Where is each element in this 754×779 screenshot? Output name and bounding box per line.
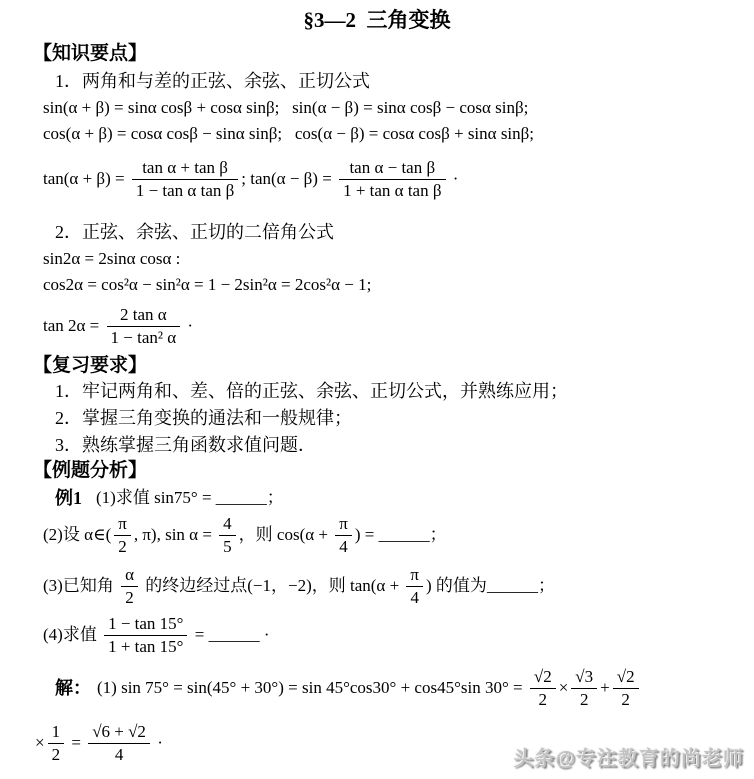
fraction-numerator: 1 − tan 15° [104, 613, 187, 634]
solution-label: 解： [55, 675, 91, 701]
equals-sign: = [67, 730, 85, 756]
question1-end: ； [267, 485, 284, 511]
tan2-formula-lhs: tan 2α = [43, 313, 104, 339]
review-item-2: 2．掌握三角变换的通法和一般规律； [55, 405, 754, 432]
review-item-3: 3．熟练掌握三角函数求值问题． [55, 432, 754, 459]
fraction-numerator: π [406, 564, 423, 585]
question4-end: · [260, 622, 270, 648]
example1-question4: (4)求值 1 − tan 15° 1 + tan 15° = ______ · [43, 611, 754, 659]
fraction: √3 2 [571, 666, 597, 709]
solution1-text: (1) sin 75° = sin(45° + 30°) = sin 45°co… [97, 675, 527, 701]
question2-mid3: ) = [355, 522, 379, 548]
fraction-numerator: √2 [613, 666, 639, 687]
tan2-formula-end: · [183, 313, 193, 339]
answer-blank: ______ [209, 622, 260, 648]
fraction-denominator: 2 [48, 743, 65, 765]
fraction: 2 tan α 1 − tan² α [107, 304, 181, 347]
fraction-denominator: 5 [219, 535, 236, 557]
fraction-denominator: 2 [571, 688, 597, 710]
fraction: √2 2 [530, 666, 556, 709]
example1-question2: (2)设 α∈( π 2 , π), sin α = 4 5 ，则 cos(α … [43, 511, 754, 559]
sin-sum-diff-formula: sin(α + β) = sinα cosβ + cosα sinβ; sin(… [43, 95, 754, 121]
fraction-numerator: tan α + tan β [132, 157, 238, 178]
fraction: tan α − tan β 1 + tan α tan β [339, 157, 445, 200]
fraction-denominator: 4 [406, 586, 423, 608]
fraction-denominator: 1 + tan α tan β [339, 179, 445, 201]
sin-double-angle-formula: sin2α = 2sinα cosα : [43, 246, 754, 272]
example1-label: 例1 [55, 485, 82, 511]
solution-line-1: 解： (1) sin 75° = sin(45° + 30°) = sin 45… [55, 661, 754, 715]
cos-double-angle-formula: cos2α = cos²α − sin²α = 1 − 2sin²α = 2co… [43, 272, 754, 298]
question3-end: ； [538, 573, 555, 599]
document-page: §3—2 三角变换 【知识要点】 1．两角和与差的正弦、余弦、正切公式 sin(… [0, 0, 754, 779]
fraction-denominator: 2 [121, 586, 138, 608]
question3-mid2: ) 的值为 [426, 573, 487, 599]
watermark-text: 头条@专注教育的尚老师 [513, 742, 744, 771]
example1-question3: (3)已知角 α 2 的终边经过点(−1，−2)，则 tan(α + π 4 )… [43, 561, 754, 611]
fraction-numerator: √6 + √2 [88, 721, 150, 742]
fraction-denominator: 1 + tan 15° [104, 635, 187, 657]
section-heading-knowledge: 【知识要点】 [33, 42, 754, 66]
fraction-denominator: 2 [530, 688, 556, 710]
fraction: 1 − tan 15° 1 + tan 15° [104, 613, 187, 656]
fraction-denominator: 4 [88, 743, 150, 765]
fraction-numerator: 1 [48, 721, 65, 742]
tan-formula-lhs: tan(α + β) = [43, 166, 129, 192]
cos-sum-diff-formula: cos(α + β) = cosα cosβ − sinα sinβ; cos(… [43, 121, 754, 147]
tan-sum-diff-formula: tan(α + β) = tan α + tan β 1 − tan α tan… [43, 151, 754, 207]
fraction: π 4 [406, 564, 423, 607]
fraction: 4 5 [219, 513, 236, 556]
question4-text: (4)求值 [43, 622, 101, 648]
question3-mid1: 的终边经过点(−1，−2)，则 tan(α + [141, 573, 403, 599]
section-heading-examples: 【例题分析】 [33, 459, 754, 483]
fraction: tan α + tan β 1 − tan α tan β [132, 157, 238, 200]
question4-mid1: = [190, 622, 208, 648]
tan-double-angle-formula: tan 2α = 2 tan α 1 − tan² α · [43, 300, 754, 352]
section-heading-review: 【复习要求】 [33, 354, 754, 378]
fraction: α 2 [121, 564, 138, 607]
fraction-numerator: √2 [530, 666, 556, 687]
fraction: π 2 [114, 513, 131, 556]
question2-end: ； [430, 522, 447, 548]
question2-mid2: ，则 cos(α + [239, 522, 333, 548]
multiply-sign: × [559, 675, 569, 701]
tan-formula-mid: ; tan(α − β) = [241, 166, 336, 192]
fraction-numerator: tan α − tan β [339, 157, 445, 178]
fraction-denominator: 2 [114, 535, 131, 557]
fraction-numerator: π [335, 513, 352, 534]
review-item-1: 1．牢记两角和、差、倍的正弦、余弦、正切公式，并熟练应用； [55, 378, 754, 405]
question2-text: (2)设 α∈( [43, 522, 111, 548]
fraction: √2 2 [613, 666, 639, 709]
plus-sign: + [600, 675, 610, 701]
answer-blank: ______ [379, 522, 430, 548]
knowledge-item-2: 2．正弦、余弦、正切的二倍角公式 [55, 219, 754, 246]
fraction-numerator: 2 tan α [107, 304, 181, 325]
doc-title: §3—2 三角变换 [0, 6, 754, 34]
fraction-denominator: 1 − tan α tan β [132, 179, 238, 201]
fraction-numerator: α [121, 564, 138, 585]
fraction: 1 2 [48, 721, 65, 764]
example1-question1: 例1 (1)求值 sin75° = ______ ； [55, 485, 754, 511]
fraction-numerator: 4 [219, 513, 236, 534]
fraction: √6 + √2 4 [88, 721, 150, 764]
question3-text: (3)已知角 [43, 573, 118, 599]
fraction-denominator: 2 [613, 688, 639, 710]
multiply-sign: × [35, 730, 45, 756]
knowledge-item-1: 1．两角和与差的正弦、余弦、正切公式 [55, 68, 754, 95]
answer-blank: ______ [487, 573, 538, 599]
answer-blank: ______ [216, 485, 267, 511]
fraction-denominator: 1 − tan² α [107, 326, 181, 348]
question1-text: (1)求值 sin75° = [96, 485, 216, 511]
question2-mid1: , π), sin α = [134, 522, 216, 548]
fraction-numerator: π [114, 513, 131, 534]
fraction-numerator: √3 [571, 666, 597, 687]
fraction-denominator: 4 [335, 535, 352, 557]
tan-formula-end: · [449, 166, 459, 192]
solution2-end: · [153, 730, 163, 756]
fraction: π 4 [335, 513, 352, 556]
